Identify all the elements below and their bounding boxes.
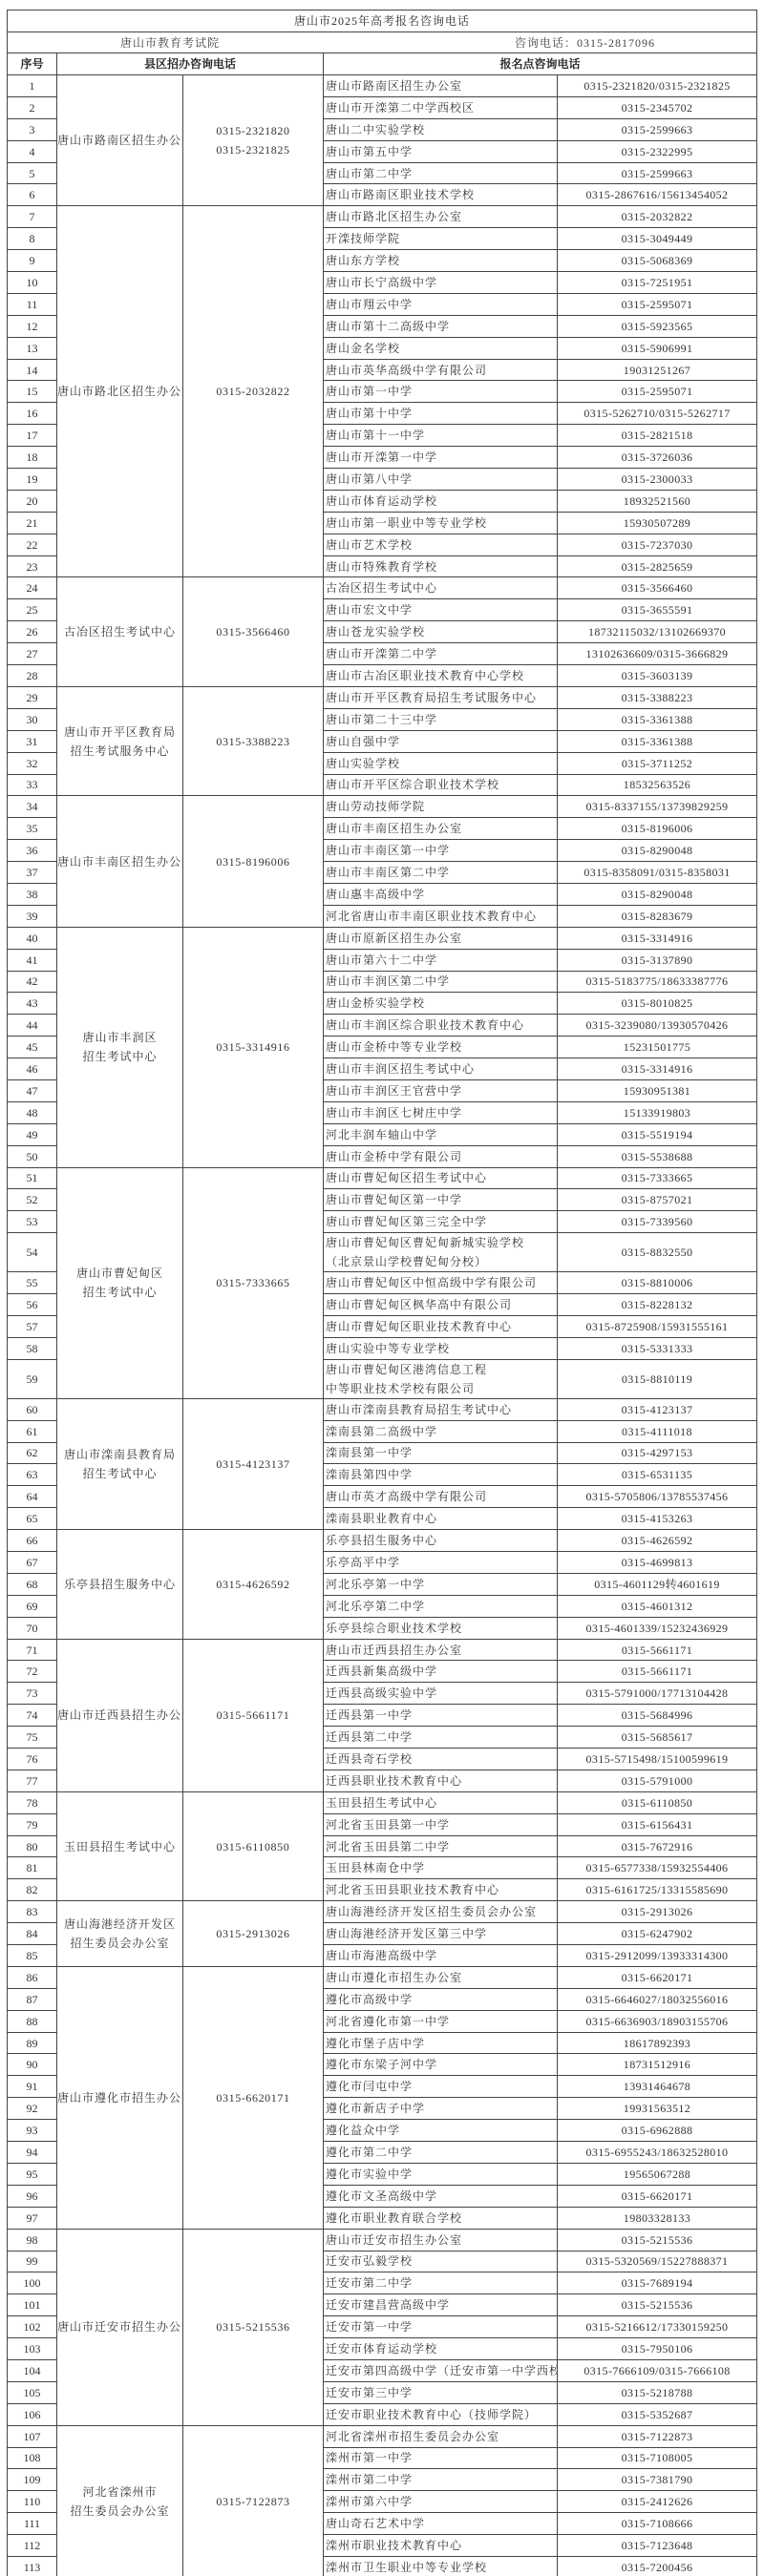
header-district-office: 县区招办咨询电话 xyxy=(57,53,324,75)
row-number: 67 xyxy=(8,1552,57,1574)
registration-site-phone: 19931563512 xyxy=(558,2098,757,2120)
registration-site-phone: 0315-2825659 xyxy=(558,555,757,577)
registration-site-phone: 0315-7122873 xyxy=(558,2425,757,2447)
row-number: 55 xyxy=(8,1272,57,1294)
registration-site-phone: 0315-3314916 xyxy=(558,1058,757,1080)
registration-site-name: 唐山市曹妃甸区中恒高级中学有限公司 xyxy=(324,1272,558,1294)
registration-site-phone: 0315-6646027/18032556016 xyxy=(558,1988,757,2010)
registration-site-phone: 0315-8810119 xyxy=(558,1359,757,1398)
registration-site-name: 唐山市路南区职业技术学校 xyxy=(324,184,558,206)
row-number: 35 xyxy=(8,818,57,840)
registration-site-name: 迁西县奇石学校 xyxy=(324,1749,558,1770)
row-number: 50 xyxy=(8,1145,57,1167)
registration-site-name: 遵化市新店子中学 xyxy=(324,2098,558,2120)
row-number: 106 xyxy=(8,2403,57,2425)
row-number: 87 xyxy=(8,1988,57,2010)
registration-site-name: 滦南县职业教育中心 xyxy=(324,1508,558,1530)
row-number: 32 xyxy=(8,752,57,774)
registration-site-phone: 0315-7237030 xyxy=(558,534,757,555)
registration-site-phone: 0315-2322995 xyxy=(558,140,757,162)
row-number: 107 xyxy=(8,2425,57,2447)
registration-site-name: 遵化市职业教育联合学校 xyxy=(324,2207,558,2229)
row-number: 15 xyxy=(8,381,57,403)
district-office-name: 唐山市曹妃甸区 招生考试中心 xyxy=(57,1167,183,1398)
row-number: 41 xyxy=(8,949,57,971)
registration-site-name: 唐山市宏文中学 xyxy=(324,599,558,621)
title-row: 唐山市2025年高考报名咨询电话 xyxy=(8,10,757,32)
row-number: 11 xyxy=(8,293,57,315)
registration-site-phone: 0315-4111018 xyxy=(558,1420,757,1442)
registration-site-name: 唐山市金桥中等专业学校 xyxy=(324,1037,558,1058)
registration-site-name: 唐山市开平区综合职业技术学校 xyxy=(324,774,558,796)
table-row: 29唐山市开平区教育局 招生考试服务中心0315-3388223唐山市开平区教育… xyxy=(8,686,757,708)
registration-site-name: 唐山自强中学 xyxy=(324,730,558,752)
registration-site-phone: 13102636609/0315-3666829 xyxy=(558,643,757,665)
registration-site-phone: 0315-6156431 xyxy=(558,1813,757,1835)
registration-site-phone: 0315-5791000/17713104428 xyxy=(558,1683,757,1705)
subheader-row: 唐山市教育考试院 咨询电话：0315-2817096 xyxy=(8,31,757,53)
registration-site-name: 唐山市第二中学 xyxy=(324,162,558,184)
registration-site-phone: 0315-3726036 xyxy=(558,447,757,469)
registration-site-name: 河北省玉田县第二中学 xyxy=(324,1835,558,1857)
registration-site-name: 遵化市文圣高级中学 xyxy=(324,2185,558,2207)
registration-site-name: 滦州市卫生职业中等专业学校 xyxy=(324,2556,558,2576)
registration-site-name: 唐山市第一职业中等专业学校 xyxy=(324,512,558,534)
table-row: 78玉田县招生考试中心0315-6110850玉田县招生考试中心0315-611… xyxy=(8,1791,757,1813)
registration-site-name: 唐山市曹妃甸区招生考试中心 xyxy=(324,1167,558,1189)
row-number: 31 xyxy=(8,730,57,752)
registration-site-phone: 0315-2821518 xyxy=(558,425,757,447)
registration-site-phone: 13931464678 xyxy=(558,2076,757,2098)
registration-site-name: 唐山市丰润区招生考试中心 xyxy=(324,1058,558,1080)
row-number: 26 xyxy=(8,621,57,643)
registration-site-name: 滦州市第一中学 xyxy=(324,2447,558,2469)
district-office-name: 乐亭县招生服务中心 xyxy=(57,1530,183,1639)
header-seq: 序号 xyxy=(8,53,57,75)
district-office-name: 唐山市遵化市招生办公室 xyxy=(57,1966,183,2229)
registration-site-phone: 0315-6620171 xyxy=(558,2185,757,2207)
registration-site-phone: 0315-7108666 xyxy=(558,2513,757,2535)
registration-site-phone: 0315-7689194 xyxy=(558,2272,757,2294)
registration-site-name: 开滦技师学院 xyxy=(324,228,558,250)
registration-phone-table: 唐山市2025年高考报名咨询电话 唐山市教育考试院 咨询电话：0315-2817… xyxy=(7,10,757,2576)
row-number: 78 xyxy=(8,1791,57,1813)
registration-site-phone: 0315-2599663 xyxy=(558,118,757,140)
registration-site-phone: 0315-5216612/17330159250 xyxy=(558,2316,757,2338)
row-number: 100 xyxy=(8,2272,57,2294)
row-number: 95 xyxy=(8,2163,57,2185)
registration-site-name: 唐山市特殊教育学校 xyxy=(324,555,558,577)
registration-site-name: 迁安市职业技术教育中心（技师学院） xyxy=(324,2403,558,2425)
row-number: 85 xyxy=(8,1945,57,1967)
registration-site-phone: 0315-2595071 xyxy=(558,381,757,403)
row-number: 102 xyxy=(8,2316,57,2338)
row-number: 49 xyxy=(8,1123,57,1145)
row-number: 99 xyxy=(8,2251,57,2272)
registration-site-phone: 0315-5685617 xyxy=(558,1727,757,1749)
registration-site-name: 唐山海港经济开发区第三中学 xyxy=(324,1923,558,1945)
row-number: 96 xyxy=(8,2185,57,2207)
registration-site-name: 唐山市英华高级中学有限公司 xyxy=(324,359,558,381)
registration-site-name: 唐山市第五中学 xyxy=(324,140,558,162)
registration-site-name: 迁安市第三中学 xyxy=(324,2381,558,2403)
row-number: 21 xyxy=(8,512,57,534)
district-office-name: 唐山市路北区招生办公室 xyxy=(57,206,183,577)
registration-site-phone: 0315-2912099/13933314300 xyxy=(558,1945,757,1967)
registration-site-phone: 19565067288 xyxy=(558,2163,757,2185)
registration-site-name: 唐山劳动技师学院 xyxy=(324,796,558,818)
table-row: 1唐山市路南区招生办公室0315-2321820 0315-2321825唐山市… xyxy=(8,75,757,97)
row-number: 80 xyxy=(8,1835,57,1857)
registration-site-name: 乐亭高平中学 xyxy=(324,1552,558,1574)
registration-site-name: 唐山市路南区招生办公室 xyxy=(324,75,558,97)
row-number: 46 xyxy=(8,1058,57,1080)
registration-site-name: 唐山东方学校 xyxy=(324,250,558,272)
district-office-name: 玉田县招生考试中心 xyxy=(57,1791,183,1900)
registration-site-name: 唐山市丰润区七树庄中学 xyxy=(324,1101,558,1123)
registration-site-phone: 0315-8337155/13739829259 xyxy=(558,796,757,818)
registration-site-phone: 0315-4153263 xyxy=(558,1508,757,1530)
row-number: 111 xyxy=(8,2513,57,2535)
district-office-phone: 0315-5215536 xyxy=(183,2229,324,2425)
row-number: 42 xyxy=(8,971,57,993)
row-number: 65 xyxy=(8,1508,57,1530)
district-office-phone: 0315-7333665 xyxy=(183,1167,324,1398)
district-office-name: 唐山市路南区招生办公室 xyxy=(57,75,183,206)
district-office-name: 唐山市丰南区招生办公室 xyxy=(57,796,183,927)
registration-site-phone: 19803328133 xyxy=(558,2207,757,2229)
district-office-phone: 0315-3314916 xyxy=(183,927,324,1167)
registration-site-phone: 0315-5183775/18633387776 xyxy=(558,971,757,993)
contact-phone: 咨询电话：0315-2817096 xyxy=(515,33,655,52)
registration-site-phone: 0315-5218788 xyxy=(558,2381,757,2403)
registration-site-name: 迁安市建昌营高级中学 xyxy=(324,2294,558,2316)
registration-site-phone: 0315-5215536 xyxy=(558,2294,757,2316)
registration-site-phone: 0315-5715498/15100599619 xyxy=(558,1749,757,1770)
registration-site-name: 唐山惠丰高级中学 xyxy=(324,883,558,905)
registration-site-phone: 0315-7108005 xyxy=(558,2447,757,2469)
registration-site-name: 迁西县职业技术教育中心 xyxy=(324,1770,558,1791)
registration-site-name: 迁安市第四高级中学（迁安市第一中学西校区） xyxy=(324,2359,558,2381)
registration-site-phone: 18617892393 xyxy=(558,2032,757,2054)
registration-site-name: 河北省玉田县第一中学 xyxy=(324,1813,558,1835)
row-number: 47 xyxy=(8,1079,57,1101)
document-title: 唐山市2025年高考报名咨询电话 xyxy=(8,10,757,32)
row-number: 112 xyxy=(8,2535,57,2557)
registration-site-phone: 0315-4601339/15232436929 xyxy=(558,1617,757,1639)
table-row: 98唐山市迁安市招生办公室0315-5215536唐山市迁安市招生办公室0315… xyxy=(8,2229,757,2251)
registration-site-phone: 15231501775 xyxy=(558,1037,757,1058)
row-number: 109 xyxy=(8,2469,57,2491)
registration-site-name: 唐山市曹妃甸区第三完全中学 xyxy=(324,1211,558,1233)
table-row: 60唐山市滦南县教育局 招生考试中心0315-4123137唐山市滦南县教育局招… xyxy=(8,1398,757,1420)
registration-site-name: 乐亭县综合职业技术学校 xyxy=(324,1617,558,1639)
registration-site-phone: 0315-2345702 xyxy=(558,96,757,118)
row-number: 40 xyxy=(8,927,57,949)
row-number: 3 xyxy=(8,118,57,140)
registration-site-phone: 0315-5331333 xyxy=(558,1337,757,1359)
row-number: 17 xyxy=(8,425,57,447)
registration-site-name: 唐山市古冶区职业技术教育中心学校 xyxy=(324,665,558,687)
registration-site-name: 滦南县第一中学 xyxy=(324,1442,558,1464)
registration-site-name: 唐山市艺术学校 xyxy=(324,534,558,555)
registration-site-name: 河北省滦州市招生委员会办公室 xyxy=(324,2425,558,2447)
row-number: 12 xyxy=(8,315,57,337)
registration-site-name: 迁西县第一中学 xyxy=(324,1705,558,1727)
registration-site-name: 唐山实验学校 xyxy=(324,752,558,774)
registration-site-name: 唐山市开滦第二中学西校区 xyxy=(324,96,558,118)
row-number: 59 xyxy=(8,1359,57,1398)
row-number: 52 xyxy=(8,1189,57,1211)
registration-site-name: 迁西县第二中学 xyxy=(324,1727,558,1749)
district-office-phone: 0315-3566460 xyxy=(183,577,324,686)
district-office-name: 唐山市迁西县招生办公室 xyxy=(57,1639,183,1791)
registration-site-phone: 0315-7672916 xyxy=(558,1835,757,1857)
registration-site-phone: 0315-5906991 xyxy=(558,337,757,359)
row-number: 105 xyxy=(8,2381,57,2403)
row-number: 73 xyxy=(8,1683,57,1705)
registration-site-name: 唐山市丰润区第二中学 xyxy=(324,971,558,993)
registration-site-phone: 0315-8290048 xyxy=(558,840,757,862)
district-office-name: 唐山市丰润区 招生考试中心 xyxy=(57,927,183,1167)
row-number: 108 xyxy=(8,2447,57,2469)
registration-site-phone: 0315-4626592 xyxy=(558,1530,757,1552)
registration-site-name: 唐山市体育运动学校 xyxy=(324,490,558,512)
row-number: 24 xyxy=(8,577,57,599)
row-number: 43 xyxy=(8,993,57,1015)
row-number: 22 xyxy=(8,534,57,555)
registration-site-phone: 0315-7339560 xyxy=(558,1211,757,1233)
registration-site-phone: 0315-6962888 xyxy=(558,2120,757,2142)
row-number: 10 xyxy=(8,272,57,294)
registration-site-name: 迁安市弘毅学校 xyxy=(324,2251,558,2272)
registration-site-phone: 0315-8290048 xyxy=(558,883,757,905)
row-number: 84 xyxy=(8,1923,57,1945)
district-office-phone: 0315-3388223 xyxy=(183,686,324,795)
registration-site-phone: 0315-7251951 xyxy=(558,272,757,294)
registration-site-name: 唐山市开平区教育局招生考试服务中心 xyxy=(324,686,558,708)
row-number: 110 xyxy=(8,2491,57,2513)
registration-site-phone: 0315-3137890 xyxy=(558,949,757,971)
registration-site-phone: 0315-8228132 xyxy=(558,1294,757,1316)
registration-site-phone: 0315-3361388 xyxy=(558,708,757,730)
registration-site-phone: 0315-5791000 xyxy=(558,1770,757,1791)
row-number: 86 xyxy=(8,1966,57,1988)
row-number: 14 xyxy=(8,359,57,381)
registration-site-name: 遵化市实验中学 xyxy=(324,2163,558,2185)
registration-site-phone: 0315-3603139 xyxy=(558,665,757,687)
row-number: 5 xyxy=(8,162,57,184)
registration-site-name: 唐山市第六十二中学 xyxy=(324,949,558,971)
registration-site-phone: 0315-8832550 xyxy=(558,1233,757,1272)
registration-site-phone: 0315-5215536 xyxy=(558,2229,757,2251)
registration-site-name: 唐山市海港高级中学 xyxy=(324,1945,558,1967)
registration-site-phone: 0315-3388223 xyxy=(558,686,757,708)
registration-site-name: 唐山市开滦第一中学 xyxy=(324,447,558,469)
registration-site-name: 遵化市高级中学 xyxy=(324,1988,558,2010)
row-number: 77 xyxy=(8,1770,57,1791)
registration-site-name: 唐山市翔云中学 xyxy=(324,293,558,315)
registration-site-phone: 0315-5661171 xyxy=(558,1639,757,1661)
registration-site-name: 滦南县第二高级中学 xyxy=(324,1420,558,1442)
registration-site-name: 唐山市丰南区第一中学 xyxy=(324,840,558,862)
registration-site-name: 唐山苍龙实验学校 xyxy=(324,621,558,643)
row-number: 93 xyxy=(8,2120,57,2142)
registration-site-name: 唐山市曹妃甸区曹妃甸新城实验学校 （北京景山学校曹妃甸分校） xyxy=(324,1233,558,1272)
registration-site-phone: 0315-8810006 xyxy=(558,1272,757,1294)
registration-site-phone: 0315-5705806/13785537456 xyxy=(558,1486,757,1508)
registration-site-phone: 18731512916 xyxy=(558,2054,757,2076)
row-number: 104 xyxy=(8,2359,57,2381)
issuing-organization: 唐山市教育考试院 xyxy=(120,33,220,52)
row-number: 101 xyxy=(8,2294,57,2316)
registration-site-name: 唐山市丰润区综合职业技术教育中心 xyxy=(324,1015,558,1037)
registration-site-name: 滦南县第四中学 xyxy=(324,1464,558,1486)
table-body: 1唐山市路南区招生办公室0315-2321820 0315-2321825唐山市… xyxy=(8,75,757,2576)
registration-site-phone: 0315-5068369 xyxy=(558,250,757,272)
registration-site-phone: 18532563526 xyxy=(558,774,757,796)
row-number: 9 xyxy=(8,250,57,272)
row-number: 97 xyxy=(8,2207,57,2229)
registration-site-phone: 18932521560 xyxy=(558,490,757,512)
row-number: 91 xyxy=(8,2076,57,2098)
table-row: 86唐山市遵化市招生办公室0315-6620171唐山市遵化市招生办公室0315… xyxy=(8,1966,757,1988)
registration-site-name: 遵化益众中学 xyxy=(324,2120,558,2142)
registration-site-phone: 19031251267 xyxy=(558,359,757,381)
registration-site-phone: 0315-5262710/0315-5262717 xyxy=(558,403,757,425)
registration-site-phone: 0315-8725908/15931555161 xyxy=(558,1315,757,1337)
row-number: 66 xyxy=(8,1530,57,1552)
registration-site-phone: 0315-5352687 xyxy=(558,2403,757,2425)
registration-site-name: 唐山市曹妃甸区枫华高中有限公司 xyxy=(324,1294,558,1316)
registration-site-name: 唐山市曹妃甸区港湾信息工程 中等职业技术学校有限公司 xyxy=(324,1359,558,1398)
registration-site-name: 河北省玉田县职业技术教育中心 xyxy=(324,1879,558,1901)
registration-site-name: 唐山市长宁高级中学 xyxy=(324,272,558,294)
registration-site-phone: 15930507289 xyxy=(558,512,757,534)
registration-site-name: 唐山市丰润区王官营中学 xyxy=(324,1079,558,1101)
registration-site-phone: 0315-8010825 xyxy=(558,993,757,1015)
registration-site-phone: 0315-7123648 xyxy=(558,2535,757,2557)
registration-site-phone: 0315-3361388 xyxy=(558,730,757,752)
row-number: 83 xyxy=(8,1901,57,1923)
row-number: 70 xyxy=(8,1617,57,1639)
registration-site-phone: 0315-2599663 xyxy=(558,162,757,184)
registration-site-name: 迁安市体育运动学校 xyxy=(324,2338,558,2360)
registration-site-name: 唐山市丰南区第二中学 xyxy=(324,862,558,884)
row-number: 60 xyxy=(8,1398,57,1420)
header-registration-site: 报名点咨询电话 xyxy=(324,53,757,75)
row-number: 57 xyxy=(8,1315,57,1337)
table-row: 34唐山市丰南区招生办公室0315-8196006唐山劳动技师学院0315-83… xyxy=(8,796,757,818)
registration-site-name: 唐山市第十一中学 xyxy=(324,425,558,447)
registration-site-name: 迁西县高级实验中学 xyxy=(324,1683,558,1705)
row-number: 45 xyxy=(8,1037,57,1058)
table-row: 66乐亭县招生服务中心0315-4626592乐亭县招生服务中心0315-462… xyxy=(8,1530,757,1552)
registration-site-name: 唐山市原新区招生办公室 xyxy=(324,927,558,949)
row-number: 54 xyxy=(8,1233,57,1272)
registration-site-name: 古冶区招生考试中心 xyxy=(324,577,558,599)
registration-site-phone: 0315-2595071 xyxy=(558,293,757,315)
row-number: 53 xyxy=(8,1211,57,1233)
registration-site-phone: 0315-4699813 xyxy=(558,1552,757,1574)
table-row: 83唐山海港经济开发区 招生委员会办公室0315-2913026唐山海港经济开发… xyxy=(8,1901,757,1923)
district-office-phone: 0315-2913026 xyxy=(183,1901,324,1967)
row-number: 94 xyxy=(8,2142,57,2164)
row-number: 36 xyxy=(8,840,57,862)
registration-site-phone: 15930951381 xyxy=(558,1079,757,1101)
registration-site-phone: 0315-4123137 xyxy=(558,1398,757,1420)
row-number: 92 xyxy=(8,2098,57,2120)
registration-site-name: 唐山市丰南区招生办公室 xyxy=(324,818,558,840)
registration-site-name: 唐山市英才高级中学有限公司 xyxy=(324,1486,558,1508)
registration-site-name: 唐山市第一中学 xyxy=(324,381,558,403)
table-row: 7唐山市路北区招生办公室0315-2032822唐山市路北区招生办公室0315-… xyxy=(8,206,757,228)
table-row: 24古冶区招生考试中心0315-3566460古冶区招生考试中心0315-356… xyxy=(8,577,757,599)
registration-site-phone: 0315-8757021 xyxy=(558,1189,757,1211)
registration-site-phone: 0315-7333665 xyxy=(558,1167,757,1189)
registration-site-name: 唐山市遵化市招生办公室 xyxy=(324,1966,558,1988)
district-office-name: 唐山市开平区教育局 招生考试服务中心 xyxy=(57,686,183,795)
registration-site-phone: 0315-7381790 xyxy=(558,2469,757,2491)
row-number: 103 xyxy=(8,2338,57,2360)
registration-site-name: 玉田县招生考试中心 xyxy=(324,1791,558,1813)
registration-site-name: 唐山海港经济开发区招生委员会办公室 xyxy=(324,1901,558,1923)
registration-site-name: 唐山市开滦第二中学 xyxy=(324,643,558,665)
registration-site-name: 唐山市滦南县教育局招生考试中心 xyxy=(324,1398,558,1420)
district-office-phone: 0315-4626592 xyxy=(183,1530,324,1639)
district-office-phone: 0315-6110850 xyxy=(183,1791,324,1900)
registration-site-phone: 0315-6247902 xyxy=(558,1923,757,1945)
row-number: 44 xyxy=(8,1015,57,1037)
district-office-phone: 0315-5661171 xyxy=(183,1639,324,1791)
registration-site-name: 唐山金桥实验学校 xyxy=(324,993,558,1015)
row-number: 51 xyxy=(8,1167,57,1189)
registration-site-phone: 0315-4601312 xyxy=(558,1595,757,1617)
row-number: 23 xyxy=(8,555,57,577)
row-number: 30 xyxy=(8,708,57,730)
row-number: 7 xyxy=(8,206,57,228)
row-number: 8 xyxy=(8,228,57,250)
registration-site-phone: 0315-6577338/15932554406 xyxy=(558,1857,757,1879)
row-number: 113 xyxy=(8,2556,57,2576)
registration-site-name: 玉田县林南仓中学 xyxy=(324,1857,558,1879)
district-office-name: 唐山市滦南县教育局 招生考试中心 xyxy=(57,1398,183,1529)
row-number: 25 xyxy=(8,599,57,621)
registration-site-name: 唐山市金桥中学有限公司 xyxy=(324,1145,558,1167)
registration-site-name: 唐山金名学校 xyxy=(324,337,558,359)
row-number: 62 xyxy=(8,1442,57,1464)
registration-site-name: 遵化市闫屯中学 xyxy=(324,2076,558,2098)
table-row: 51唐山市曹妃甸区 招生考试中心0315-7333665唐山市曹妃甸区招生考试中… xyxy=(8,1167,757,1189)
registration-site-name: 滦州市第二中学 xyxy=(324,2469,558,2491)
registration-site-phone: 0315-3711252 xyxy=(558,752,757,774)
district-office-phone: 0315-4123137 xyxy=(183,1398,324,1529)
district-office-name: 河北省滦州市 招生委员会办公室 xyxy=(57,2425,183,2576)
row-number: 61 xyxy=(8,1420,57,1442)
row-number: 88 xyxy=(8,2010,57,2032)
row-number: 69 xyxy=(8,1595,57,1617)
registration-site-name: 唐山市第八中学 xyxy=(324,469,558,491)
registration-site-phone: 0315-4601129转4601619 xyxy=(558,1573,757,1595)
registration-site-name: 唐山市曹妃甸区职业技术教育中心 xyxy=(324,1315,558,1337)
row-number: 74 xyxy=(8,1705,57,1727)
district-office-phone: 0315-8196006 xyxy=(183,796,324,927)
registration-site-name: 唐山市迁安市招生办公室 xyxy=(324,2229,558,2251)
registration-site-phone: 15133919803 xyxy=(558,1101,757,1123)
row-number: 6 xyxy=(8,184,57,206)
row-number: 20 xyxy=(8,490,57,512)
row-number: 90 xyxy=(8,2054,57,2076)
